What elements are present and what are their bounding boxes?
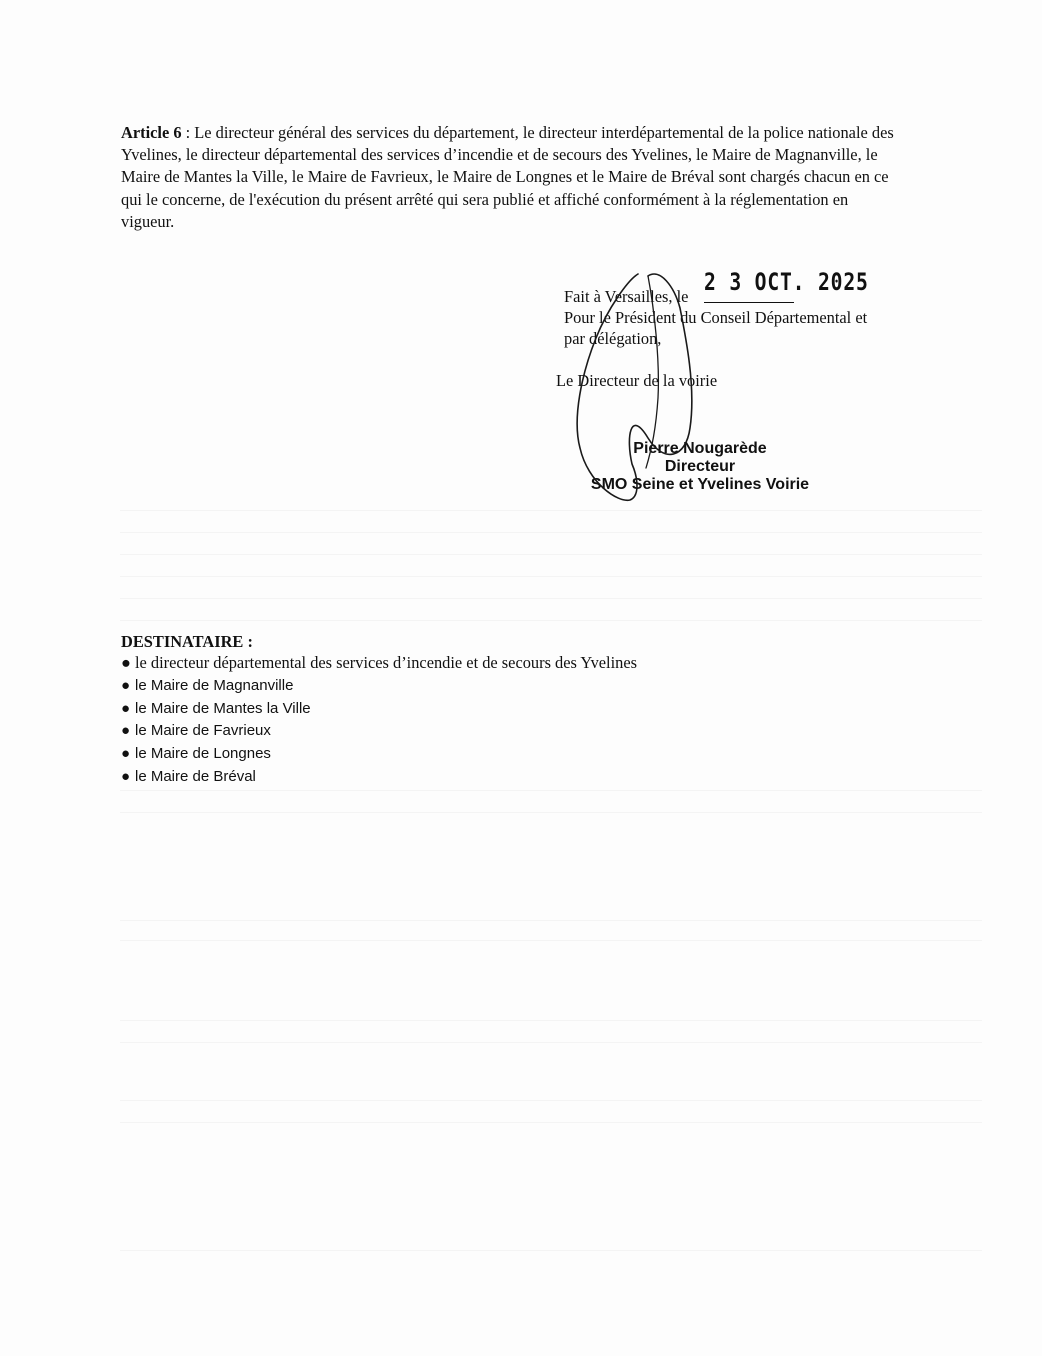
stamp-title: Directeur (580, 458, 820, 476)
article-6-paragraph: Article 6 : Le directeur général des ser… (121, 122, 901, 233)
date-stamp: 2 3 OCT. 2025 (704, 272, 869, 293)
bullet-icon: ● (121, 720, 135, 743)
stamp-organization: SMO Seine et Yvelines Voirie (580, 476, 820, 494)
signatory-role: Le Directeur de la voirie (556, 370, 717, 391)
recipient-item: ●le Maire de Magnanville (121, 675, 821, 698)
recipient-item: ●le Maire de Bréval (121, 766, 821, 789)
recipients-section: DESTINATAIRE : ●le directeur département… (121, 632, 821, 789)
article-text: Le directeur général des services du dép… (121, 123, 894, 231)
delegation-line-1: Pour le Président du Conseil Département… (564, 307, 867, 328)
delegation-line-2: par délégation, (564, 328, 661, 349)
bullet-icon: ● (121, 743, 135, 766)
recipient-item: ●le directeur départemental des services… (121, 652, 821, 675)
article-separator: : (182, 123, 195, 142)
article-label: Article 6 (121, 123, 182, 142)
place-line: Fait à Versailles, le (564, 286, 688, 307)
bullet-icon: ● (121, 766, 135, 789)
recipient-item: ●le Maire de Longnes (121, 743, 821, 766)
bullet-icon: ● (121, 698, 135, 721)
signatory-stamp: Pierre Nougarède Directeur SMO Seine et … (580, 440, 820, 494)
recipients-title: DESTINATAIRE : (121, 632, 821, 652)
date-underline (704, 302, 794, 303)
recipient-item: ●le Maire de Favrieux (121, 720, 821, 743)
bullet-icon: ● (121, 652, 135, 675)
bullet-icon: ● (121, 675, 135, 698)
recipient-item: ●le Maire de Mantes la Ville (121, 698, 821, 721)
stamp-name: Pierre Nougarède (580, 440, 820, 458)
recipients-list: ●le directeur départemental des services… (121, 652, 821, 789)
